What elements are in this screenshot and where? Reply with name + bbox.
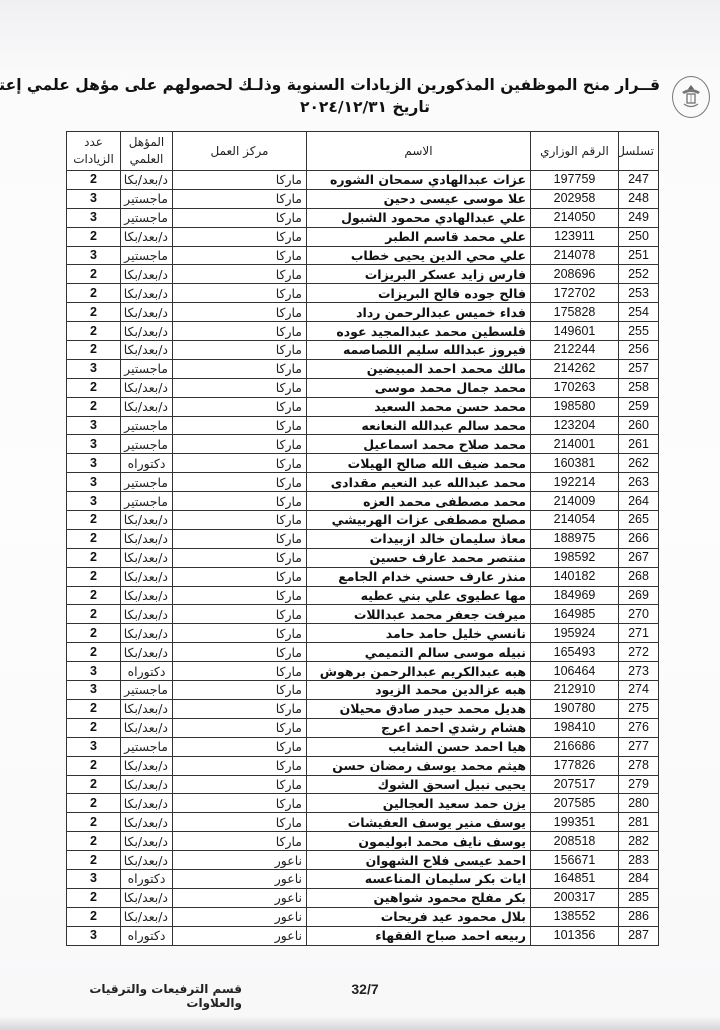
cell-ministry-id: 170263 bbox=[531, 378, 619, 397]
cell-increments: 2 bbox=[67, 284, 121, 303]
cell-increments: 2 bbox=[67, 567, 121, 586]
cell-work-center: ماركا bbox=[173, 548, 307, 567]
cell-qualification: دكتوراه bbox=[121, 926, 173, 945]
cell-ministry-id: 165493 bbox=[531, 643, 619, 662]
cell-increments: 3 bbox=[67, 416, 121, 435]
cell-name: منتصر محمد عارف حسين bbox=[307, 548, 531, 567]
cell-serial: 259 bbox=[619, 397, 659, 416]
cell-work-center: ماركا bbox=[173, 605, 307, 624]
cell-serial: 285 bbox=[619, 888, 659, 907]
cell-serial: 276 bbox=[619, 718, 659, 737]
cell-serial: 282 bbox=[619, 832, 659, 851]
cell-ministry-id: 214262 bbox=[531, 359, 619, 378]
header-ministry-id: الرقم الوزاري bbox=[531, 132, 619, 171]
cell-name: محمد صلاح محمد اسماعيل bbox=[307, 435, 531, 454]
cell-increments: 3 bbox=[67, 359, 121, 378]
cell-increments: 2 bbox=[67, 378, 121, 397]
cell-qualification: د/بعد/بكا bbox=[121, 586, 173, 605]
table-row: 268140182منذر عارف حسني خدام الجامعماركا… bbox=[67, 567, 659, 586]
cell-increments: 3 bbox=[67, 681, 121, 700]
department-name: قسم الترفيعات والترقيات والعلاوات bbox=[42, 982, 242, 1010]
cell-increments: 2 bbox=[67, 888, 121, 907]
cell-work-center: ماركا bbox=[173, 662, 307, 681]
cell-serial: 256 bbox=[619, 341, 659, 360]
cell-increments: 2 bbox=[67, 794, 121, 813]
cell-increments: 2 bbox=[67, 775, 121, 794]
cell-serial: 269 bbox=[619, 586, 659, 605]
cell-increments: 3 bbox=[67, 662, 121, 681]
table-row: 252208696فارس زايد عسكر البريزاتماركاد/ب… bbox=[67, 265, 659, 284]
cell-qualification: د/بعد/بكا bbox=[121, 699, 173, 718]
cell-qualification: ماجستير bbox=[121, 492, 173, 511]
table-row: 269184969مها عطيوى علي بني عطيهماركاد/بع… bbox=[67, 586, 659, 605]
cell-ministry-id: 177826 bbox=[531, 756, 619, 775]
cell-serial: 271 bbox=[619, 624, 659, 643]
cell-qualification: د/بعد/بكا bbox=[121, 643, 173, 662]
document-title-line-1: قــرار منح الموظفين المذكورين الزيادات ا… bbox=[70, 74, 660, 96]
cell-qualification: د/بعد/بكا bbox=[121, 303, 173, 322]
cell-qualification: د/بعد/بكا bbox=[121, 171, 173, 190]
cell-increments: 2 bbox=[67, 643, 121, 662]
cell-ministry-id: 207517 bbox=[531, 775, 619, 794]
cell-serial: 275 bbox=[619, 699, 659, 718]
cell-serial: 270 bbox=[619, 605, 659, 624]
cell-ministry-id: 172702 bbox=[531, 284, 619, 303]
cell-qualification: ماجستير bbox=[121, 246, 173, 265]
cell-ministry-id: 198580 bbox=[531, 397, 619, 416]
cell-serial: 281 bbox=[619, 813, 659, 832]
cell-serial: 248 bbox=[619, 189, 659, 208]
cell-name: محمد جمال محمد موسى bbox=[307, 378, 531, 397]
cell-serial: 255 bbox=[619, 322, 659, 341]
cell-work-center: ماركا bbox=[173, 718, 307, 737]
cell-qualification: د/بعد/بكا bbox=[121, 851, 173, 870]
cell-ministry-id: 207585 bbox=[531, 794, 619, 813]
cell-work-center: ماركا bbox=[173, 359, 307, 378]
cell-qualification: د/بعد/بكا bbox=[121, 511, 173, 530]
header-serial: تسلسل bbox=[619, 132, 659, 171]
cell-increments: 2 bbox=[67, 832, 121, 851]
cell-ministry-id: 149601 bbox=[531, 322, 619, 341]
cell-name: هبه عزالدين محمد الزيود bbox=[307, 681, 531, 700]
table-row: 259198580محمد حسن محمد السعيدماركاد/بعد/… bbox=[67, 397, 659, 416]
cell-qualification: ماجستير bbox=[121, 473, 173, 492]
cell-qualification: ماجستير bbox=[121, 208, 173, 227]
table-row: 274212910هبه عزالدين محمد الزيودماركاماج… bbox=[67, 681, 659, 700]
cell-ministry-id: 192214 bbox=[531, 473, 619, 492]
cell-ministry-id: 212910 bbox=[531, 681, 619, 700]
cell-work-center: ماركا bbox=[173, 265, 307, 284]
cell-work-center: ماركا bbox=[173, 322, 307, 341]
cell-ministry-id: 200317 bbox=[531, 888, 619, 907]
cell-qualification: د/بعد/بكا bbox=[121, 265, 173, 284]
cell-name: فالح جوده فالح البريزات bbox=[307, 284, 531, 303]
cell-work-center: ماركا bbox=[173, 189, 307, 208]
cell-name: ربيعه احمد صباح الفقهاء bbox=[307, 926, 531, 945]
cell-increments: 2 bbox=[67, 699, 121, 718]
cell-work-center: ناعور bbox=[173, 907, 307, 926]
cell-increments: 2 bbox=[67, 907, 121, 926]
cell-name: يوسف منير يوسف العفيشات bbox=[307, 813, 531, 832]
cell-ministry-id: 212244 bbox=[531, 341, 619, 360]
cell-ministry-id: 140182 bbox=[531, 567, 619, 586]
cell-serial: 284 bbox=[619, 869, 659, 888]
cell-serial: 287 bbox=[619, 926, 659, 945]
cell-name: علي محي الدين يحيى خطاب bbox=[307, 246, 531, 265]
cell-serial: 283 bbox=[619, 851, 659, 870]
cell-ministry-id: 214009 bbox=[531, 492, 619, 511]
cell-name: يزن حمد سعيد العجالين bbox=[307, 794, 531, 813]
cell-increments: 2 bbox=[67, 624, 121, 643]
cell-qualification: د/بعد/بكا bbox=[121, 322, 173, 341]
cell-increments: 2 bbox=[67, 718, 121, 737]
cell-work-center: ماركا bbox=[173, 624, 307, 643]
cell-increments: 3 bbox=[67, 189, 121, 208]
cell-name: فداء خميس عبدالرحمن رداد bbox=[307, 303, 531, 322]
cell-qualification: د/بعد/بكا bbox=[121, 624, 173, 643]
cell-increments: 2 bbox=[67, 227, 121, 246]
cell-serial: 252 bbox=[619, 265, 659, 284]
table-header-row: تسلسل الرقم الوزاري الاسم مركز العمل الم… bbox=[67, 132, 659, 171]
cell-ministry-id: 214054 bbox=[531, 511, 619, 530]
page-number: 32/7 bbox=[345, 981, 385, 997]
cell-qualification: د/بعد/بكا bbox=[121, 775, 173, 794]
cell-name: نانسي خليل حامد حامد bbox=[307, 624, 531, 643]
cell-increments: 2 bbox=[67, 265, 121, 284]
cell-name: معاذ سليمان خالد ازبيدات bbox=[307, 529, 531, 548]
cell-serial: 277 bbox=[619, 737, 659, 756]
page-edge-shadow bbox=[0, 1016, 720, 1030]
cell-ministry-id: 216686 bbox=[531, 737, 619, 756]
cell-serial: 251 bbox=[619, 246, 659, 265]
cell-increments: 2 bbox=[67, 303, 121, 322]
table-row: 277216686هيا احمد حسن الشايبماركاماجستير… bbox=[67, 737, 659, 756]
cell-work-center: ماركا bbox=[173, 681, 307, 700]
cell-serial: 273 bbox=[619, 662, 659, 681]
cell-increments: 2 bbox=[67, 397, 121, 416]
cell-increments: 3 bbox=[67, 454, 121, 473]
cell-work-center: ماركا bbox=[173, 284, 307, 303]
cell-ministry-id: 175828 bbox=[531, 303, 619, 322]
cell-work-center: ماركا bbox=[173, 737, 307, 756]
cell-work-center: ماركا bbox=[173, 397, 307, 416]
cell-name: هبه عبدالكريم عبدالرحمن برهوش bbox=[307, 662, 531, 681]
document-page: قــرار منح الموظفين المذكورين الزيادات ا… bbox=[0, 0, 720, 1030]
cell-increments: 3 bbox=[67, 435, 121, 454]
cell-ministry-id: 160381 bbox=[531, 454, 619, 473]
cell-serial: 279 bbox=[619, 775, 659, 794]
cell-ministry-id: 164851 bbox=[531, 869, 619, 888]
cell-qualification: د/بعد/بكا bbox=[121, 341, 173, 360]
cell-qualification: د/بعد/بكا bbox=[121, 813, 173, 832]
cell-ministry-id: 214001 bbox=[531, 435, 619, 454]
table-row: 272165493نبيله موسى سالم التميميماركاد/ب… bbox=[67, 643, 659, 662]
cell-name: محمد عبدالله عبد النعيم مقدادى bbox=[307, 473, 531, 492]
cell-qualification: د/بعد/بكا bbox=[121, 548, 173, 567]
cell-qualification: دكتوراه bbox=[121, 662, 173, 681]
cell-ministry-id: 156671 bbox=[531, 851, 619, 870]
cell-serial: 249 bbox=[619, 208, 659, 227]
table-row: 253172702فالح جوده فالح البريزاتماركاد/ب… bbox=[67, 284, 659, 303]
cell-qualification: د/بعد/بكا bbox=[121, 605, 173, 624]
cell-increments: 2 bbox=[67, 605, 121, 624]
cell-serial: 286 bbox=[619, 907, 659, 926]
table-row: 276198410هشام رشدي احمد اعرجماركاد/بعد/ب… bbox=[67, 718, 659, 737]
cell-work-center: ماركا bbox=[173, 775, 307, 794]
cell-work-center: ماركا bbox=[173, 511, 307, 530]
header-qualification: المؤهل العلمي bbox=[121, 132, 173, 171]
cell-serial: 268 bbox=[619, 567, 659, 586]
header-increments: عدد الزيادات bbox=[67, 132, 121, 171]
cell-name: مها عطيوى علي بني عطيه bbox=[307, 586, 531, 605]
cell-serial: 278 bbox=[619, 756, 659, 775]
cell-ministry-id: 123911 bbox=[531, 227, 619, 246]
cell-name: محمد مصطفى محمد العزه bbox=[307, 492, 531, 511]
cell-name: محمد ضيف الله صالح الهيلات bbox=[307, 454, 531, 473]
cell-increments: 3 bbox=[67, 492, 121, 511]
cell-name: علي محمد قاسم الطبر bbox=[307, 227, 531, 246]
cell-work-center: ناعور bbox=[173, 851, 307, 870]
cell-name: يوسف نايف محمد ابوليمون bbox=[307, 832, 531, 851]
cell-ministry-id: 106464 bbox=[531, 662, 619, 681]
emblem-glyph-icon bbox=[678, 82, 704, 112]
cell-increments: 2 bbox=[67, 322, 121, 341]
cell-ministry-id: 138552 bbox=[531, 907, 619, 926]
cell-work-center: ماركا bbox=[173, 171, 307, 190]
table-row: 251214078علي محي الدين يحيى خطابماركاماج… bbox=[67, 246, 659, 265]
table-row: 250123911علي محمد قاسم الطبرماركاد/بعد/ب… bbox=[67, 227, 659, 246]
cell-ministry-id: 164985 bbox=[531, 605, 619, 624]
document-title-line-2: تاريخ ٢٠٢٤/١٢/٣١ bbox=[70, 96, 660, 118]
cell-increments: 3 bbox=[67, 737, 121, 756]
employees-table: تسلسل الرقم الوزاري الاسم مركز العمل الم… bbox=[66, 131, 659, 946]
cell-qualification: د/بعد/بكا bbox=[121, 378, 173, 397]
cell-increments: 2 bbox=[67, 851, 121, 870]
cell-name: فارس زايد عسكر البريزات bbox=[307, 265, 531, 284]
table-row: 275190780هديل محمد حيدر صادق محيلانماركا… bbox=[67, 699, 659, 718]
cell-name: محمد حسن محمد السعيد bbox=[307, 397, 531, 416]
cell-serial: 280 bbox=[619, 794, 659, 813]
cell-serial: 261 bbox=[619, 435, 659, 454]
cell-serial: 260 bbox=[619, 416, 659, 435]
cell-ministry-id: 208696 bbox=[531, 265, 619, 284]
cell-ministry-id: 198410 bbox=[531, 718, 619, 737]
cell-serial: 253 bbox=[619, 284, 659, 303]
cell-increments: 2 bbox=[67, 511, 121, 530]
cell-work-center: ماركا bbox=[173, 699, 307, 718]
cell-work-center: ناعور bbox=[173, 888, 307, 907]
cell-qualification: د/بعد/بكا bbox=[121, 397, 173, 416]
cell-name: عزات عبدالهادي سمحان الشوره bbox=[307, 171, 531, 190]
table-row: 273106464هبه عبدالكريم عبدالرحمن برهوشما… bbox=[67, 662, 659, 681]
cell-increments: 3 bbox=[67, 869, 121, 888]
cell-name: علا موسى عيسى دحين bbox=[307, 189, 531, 208]
table-row: 278177826هيثم محمد يوسف رمضان حسنماركاد/… bbox=[67, 756, 659, 775]
cell-qualification: ماجستير bbox=[121, 681, 173, 700]
header-work-center: مركز العمل bbox=[173, 132, 307, 171]
table-row: 256212244فيروز عبدالله سليم اللصاصمهمارك… bbox=[67, 341, 659, 360]
cell-name: مصلح مصطفى عزات الهربيشي bbox=[307, 511, 531, 530]
cell-name: علي عبدالهادي محمود الشبول bbox=[307, 208, 531, 227]
cell-work-center: ماركا bbox=[173, 246, 307, 265]
cell-work-center: ماركا bbox=[173, 643, 307, 662]
cell-serial: 263 bbox=[619, 473, 659, 492]
cell-increments: 3 bbox=[67, 208, 121, 227]
table-body: 247197759عزات عبدالهادي سمحان الشورهمارك… bbox=[67, 171, 659, 946]
table-row: 247197759عزات عبدالهادي سمحان الشورهمارك… bbox=[67, 171, 659, 190]
cell-qualification: د/بعد/بكا bbox=[121, 888, 173, 907]
cell-name: محمد سالم عبدالله النعانعه bbox=[307, 416, 531, 435]
table-row: 254175828فداء خميس عبدالرحمن ردادماركاد/… bbox=[67, 303, 659, 322]
cell-qualification: ماجستير bbox=[121, 737, 173, 756]
cell-ministry-id: 198592 bbox=[531, 548, 619, 567]
cell-qualification: د/بعد/بكا bbox=[121, 567, 173, 586]
cell-name: ايات بكر سليمان المناعسه bbox=[307, 869, 531, 888]
cell-work-center: ناعور bbox=[173, 926, 307, 945]
table-row: 285200317بكر مفلح محمود شواهينناعورد/بعد… bbox=[67, 888, 659, 907]
cell-name: هشام رشدي احمد اعرج bbox=[307, 718, 531, 737]
table-row: 257214262مالك محمد احمد المبيضينماركاماج… bbox=[67, 359, 659, 378]
cell-work-center: ماركا bbox=[173, 832, 307, 851]
cell-ministry-id: 123204 bbox=[531, 416, 619, 435]
cell-work-center: ماركا bbox=[173, 794, 307, 813]
cell-increments: 3 bbox=[67, 246, 121, 265]
cell-ministry-id: 101356 bbox=[531, 926, 619, 945]
cell-ministry-id: 190780 bbox=[531, 699, 619, 718]
cell-name: هيا احمد حسن الشايب bbox=[307, 737, 531, 756]
cell-ministry-id: 208518 bbox=[531, 832, 619, 851]
cell-ministry-id: 214050 bbox=[531, 208, 619, 227]
cell-increments: 3 bbox=[67, 473, 121, 492]
cell-name: فلسطين محمد عبدالمجيد عوده bbox=[307, 322, 531, 341]
table-row: 270164985ميرفت جعفر محمد عبداللاتماركاد/… bbox=[67, 605, 659, 624]
cell-increments: 2 bbox=[67, 548, 121, 567]
jordan-coat-of-arms-icon bbox=[672, 76, 710, 118]
table-row: 261214001محمد صلاح محمد اسماعيلماركاماجس… bbox=[67, 435, 659, 454]
cell-ministry-id: 188975 bbox=[531, 529, 619, 548]
table-row: 264214009محمد مصطفى محمد العزهماركاماجست… bbox=[67, 492, 659, 511]
cell-ministry-id: 202958 bbox=[531, 189, 619, 208]
cell-increments: 3 bbox=[67, 926, 121, 945]
cell-work-center: ماركا bbox=[173, 303, 307, 322]
cell-increments: 2 bbox=[67, 756, 121, 775]
cell-serial: 267 bbox=[619, 548, 659, 567]
cell-qualification: ماجستير bbox=[121, 359, 173, 378]
cell-serial: 274 bbox=[619, 681, 659, 700]
cell-qualification: دكتوراه bbox=[121, 454, 173, 473]
cell-qualification: د/بعد/بكا bbox=[121, 227, 173, 246]
cell-name: مالك محمد احمد المبيضين bbox=[307, 359, 531, 378]
cell-name: هديل محمد حيدر صادق محيلان bbox=[307, 699, 531, 718]
cell-qualification: ماجستير bbox=[121, 435, 173, 454]
cell-ministry-id: 195924 bbox=[531, 624, 619, 643]
cell-work-center: ماركا bbox=[173, 529, 307, 548]
cell-name: يحيى نبيل اسحق الشوك bbox=[307, 775, 531, 794]
cell-work-center: ماركا bbox=[173, 341, 307, 360]
cell-name: هيثم محمد يوسف رمضان حسن bbox=[307, 756, 531, 775]
cell-qualification: د/بعد/بكا bbox=[121, 718, 173, 737]
cell-qualification: د/بعد/بكا bbox=[121, 756, 173, 775]
cell-name: بكر مفلح محمود شواهين bbox=[307, 888, 531, 907]
table-row: 260123204محمد سالم عبدالله النعانعهماركا… bbox=[67, 416, 659, 435]
cell-ministry-id: 199351 bbox=[531, 813, 619, 832]
cell-increments: 2 bbox=[67, 813, 121, 832]
table-row: 279207517يحيى نبيل اسحق الشوكماركاد/بعد/… bbox=[67, 775, 659, 794]
table-row: 265214054مصلح مصطفى عزات الهربيشيماركاد/… bbox=[67, 511, 659, 530]
cell-work-center: ماركا bbox=[173, 416, 307, 435]
cell-work-center: ماركا bbox=[173, 473, 307, 492]
cell-work-center: ماركا bbox=[173, 586, 307, 605]
cell-ministry-id: 184969 bbox=[531, 586, 619, 605]
cell-name: احمد عيسى فلاح الشهوان bbox=[307, 851, 531, 870]
cell-name: منذر عارف حسني خدام الجامع bbox=[307, 567, 531, 586]
cell-increments: 2 bbox=[67, 341, 121, 360]
cell-increments: 2 bbox=[67, 529, 121, 548]
document-header: قــرار منح الموظفين المذكورين الزيادات ا… bbox=[70, 74, 660, 118]
header-name: الاسم bbox=[307, 132, 531, 171]
cell-work-center: ماركا bbox=[173, 454, 307, 473]
cell-name: بلال محمود عيد فريحات bbox=[307, 907, 531, 926]
cell-serial: 262 bbox=[619, 454, 659, 473]
cell-serial: 266 bbox=[619, 529, 659, 548]
cell-work-center: ماركا bbox=[173, 378, 307, 397]
cell-increments: 2 bbox=[67, 586, 121, 605]
cell-serial: 254 bbox=[619, 303, 659, 322]
table-row: 263192214محمد عبدالله عبد النعيم مقدادىم… bbox=[67, 473, 659, 492]
cell-work-center: ماركا bbox=[173, 208, 307, 227]
cell-qualification: ماجستير bbox=[121, 416, 173, 435]
table-row: 282208518يوسف نايف محمد ابوليمونماركاد/ب… bbox=[67, 832, 659, 851]
cell-serial: 257 bbox=[619, 359, 659, 378]
cell-ministry-id: 197759 bbox=[531, 171, 619, 190]
cell-increments: 2 bbox=[67, 171, 121, 190]
table-row: 287101356ربيعه احمد صباح الفقهاءناعوردكت… bbox=[67, 926, 659, 945]
cell-qualification: دكتوراه bbox=[121, 869, 173, 888]
cell-qualification: د/بعد/بكا bbox=[121, 529, 173, 548]
table-row: 284164851ايات بكر سليمان المناعسهناعوردك… bbox=[67, 869, 659, 888]
cell-serial: 258 bbox=[619, 378, 659, 397]
cell-qualification: د/بعد/بكا bbox=[121, 907, 173, 926]
cell-serial: 247 bbox=[619, 171, 659, 190]
cell-work-center: ناعور bbox=[173, 869, 307, 888]
cell-ministry-id: 214078 bbox=[531, 246, 619, 265]
cell-qualification: د/بعد/بكا bbox=[121, 284, 173, 303]
table-row: 262160381محمد ضيف الله صالح الهيلاتماركا… bbox=[67, 454, 659, 473]
cell-serial: 272 bbox=[619, 643, 659, 662]
table-row: 280207585يزن حمد سعيد العجالينماركاد/بعد… bbox=[67, 794, 659, 813]
table-row: 248202958علا موسى عيسى دحينماركاماجستير3 bbox=[67, 189, 659, 208]
table-row: 266188975معاذ سليمان خالد ازبيداتماركاد/… bbox=[67, 529, 659, 548]
cell-work-center: ماركا bbox=[173, 435, 307, 454]
table-row: 283156671احمد عيسى فلاح الشهوانناعورد/بع… bbox=[67, 851, 659, 870]
table-row: 271195924نانسي خليل حامد حامدماركاد/بعد/… bbox=[67, 624, 659, 643]
cell-qualification: ماجستير bbox=[121, 189, 173, 208]
table-row: 249214050علي عبدالهادي محمود الشبولماركا… bbox=[67, 208, 659, 227]
cell-qualification: د/بعد/بكا bbox=[121, 832, 173, 851]
cell-work-center: ماركا bbox=[173, 227, 307, 246]
cell-qualification: د/بعد/بكا bbox=[121, 794, 173, 813]
table-row: 267198592منتصر محمد عارف حسينماركاد/بعد/… bbox=[67, 548, 659, 567]
cell-work-center: ماركا bbox=[173, 813, 307, 832]
cell-name: نبيله موسى سالم التميمي bbox=[307, 643, 531, 662]
table-row: 258170263محمد جمال محمد موسىماركاد/بعد/ب… bbox=[67, 378, 659, 397]
cell-work-center: ماركا bbox=[173, 756, 307, 775]
cell-serial: 264 bbox=[619, 492, 659, 511]
cell-name: ميرفت جعفر محمد عبداللات bbox=[307, 605, 531, 624]
table-row: 281199351يوسف منير يوسف العفيشاتماركاد/ب… bbox=[67, 813, 659, 832]
cell-serial: 250 bbox=[619, 227, 659, 246]
table-row: 286138552بلال محمود عيد فريحاتناعورد/بعد… bbox=[67, 907, 659, 926]
